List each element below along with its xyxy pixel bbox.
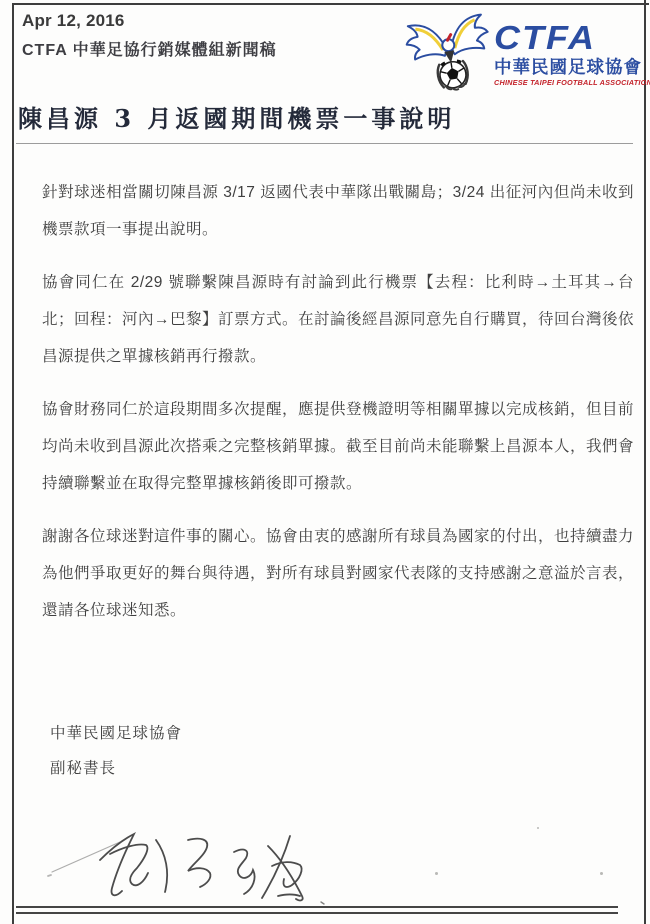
handwritten-signature bbox=[38, 810, 348, 914]
ctfa-name-english: CHINESE TAIPEI FOOTBALL ASSOCIATION bbox=[494, 78, 646, 87]
scan-speck bbox=[537, 827, 539, 829]
ctfa-name-chinese: 中華民國足球協會 bbox=[494, 57, 646, 77]
signoff-block: 中華民國足球協會 副秘書長 bbox=[50, 716, 182, 786]
paragraph-2: 協會同仁在 2/29 號聯繫陳昌源時有討論到此行機票【去程：比利時→土耳其→台北… bbox=[42, 264, 634, 375]
scan-border-left bbox=[12, 3, 14, 924]
footer-double-rule bbox=[16, 906, 618, 914]
signoff-organization: 中華民國足球協會 bbox=[50, 716, 182, 751]
signoff-role: 副秘書長 bbox=[50, 751, 182, 786]
scan-border-right bbox=[644, 0, 646, 924]
document-title: 陳昌源 3 月返國期間機票一事說明 bbox=[18, 99, 455, 134]
paragraph-1: 針對球迷相當關切陳昌源 3/17 返國代表中華隊出戰關島；3/24 出征河內但尚… bbox=[42, 174, 634, 248]
scan-border-top bbox=[12, 3, 649, 5]
press-release-org-line: CTFA 中華足協行銷媒體組新聞稿 bbox=[22, 37, 277, 60]
ctfa-acronym-text: CTFA bbox=[494, 23, 646, 52]
title-divider bbox=[16, 143, 633, 144]
scan-speck bbox=[435, 872, 438, 875]
ctfa-logo: CTFA 中華民國足球協會 CHINESE TAIPEI FOOTBALL AS… bbox=[404, 13, 646, 99]
ctfa-wordmark: CTFA 中華民國足球協會 CHINESE TAIPEI FOOTBALL AS… bbox=[494, 23, 646, 87]
ctfa-eagle-icon bbox=[404, 13, 496, 99]
document-body: 針對球迷相當關切陳昌源 3/17 返國代表中華隊出戰關島；3/24 出征河內但尚… bbox=[42, 174, 634, 645]
scan-speck bbox=[600, 872, 603, 875]
paragraph-4: 謝謝各位球迷對這件事的關心。協會由衷的感謝所有球員為國家的付出，也持續盡力為他們… bbox=[42, 518, 634, 629]
paragraph-3: 協會財務同仁於這段期間多次提醒，應提供登機證明等相關單據以完成核銷，但目前均尚未… bbox=[42, 391, 634, 502]
press-release-date: Apr 12, 2016 bbox=[22, 11, 125, 31]
